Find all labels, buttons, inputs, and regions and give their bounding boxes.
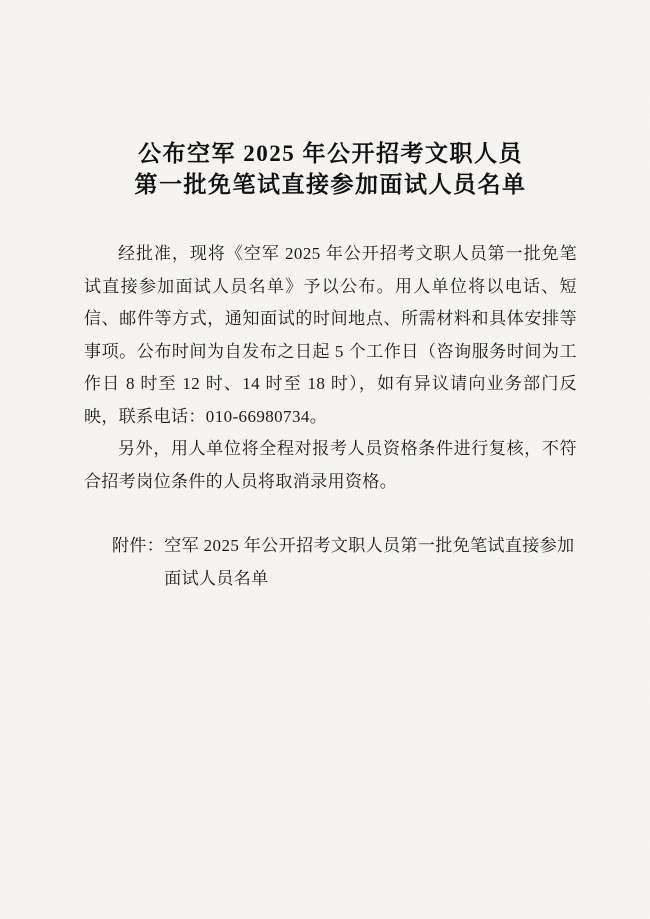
document-page: 公布空军 2025 年公开招考文职人员 第一批免笔试直接参加面试人员名单 经批准… [0, 0, 650, 919]
attachment-label: 附件： [112, 530, 164, 563]
document-title: 公布空军 2025 年公开招考文职人员 第一批免笔试直接参加面试人员名单 [84, 138, 577, 200]
document-title-line-2: 第一批免笔试直接参加面试人员名单 [84, 169, 577, 200]
document-content: 公布空军 2025 年公开招考文职人员 第一批免笔试直接参加面试人员名单 经批准… [84, 138, 577, 595]
paragraph-qualification-review-notice: 另外，用人单位将全程对报考人员资格条件进行复核，不符合招考岗位条件的人员将取消录… [84, 433, 577, 498]
attachment-title: 空军 2025 年公开招考文职人员第一批免笔试直接参加面试人员名单 [164, 530, 577, 595]
paragraph-announcement: 经批准，现将《空军 2025 年公开招考文职人员第一批免笔试直接参加面试人员名单… [84, 238, 577, 433]
document-title-line-1: 公布空军 2025 年公开招考文职人员 [84, 138, 577, 169]
attachment-reference: 附件： 空军 2025 年公开招考文职人员第一批免笔试直接参加面试人员名单 [84, 530, 577, 595]
